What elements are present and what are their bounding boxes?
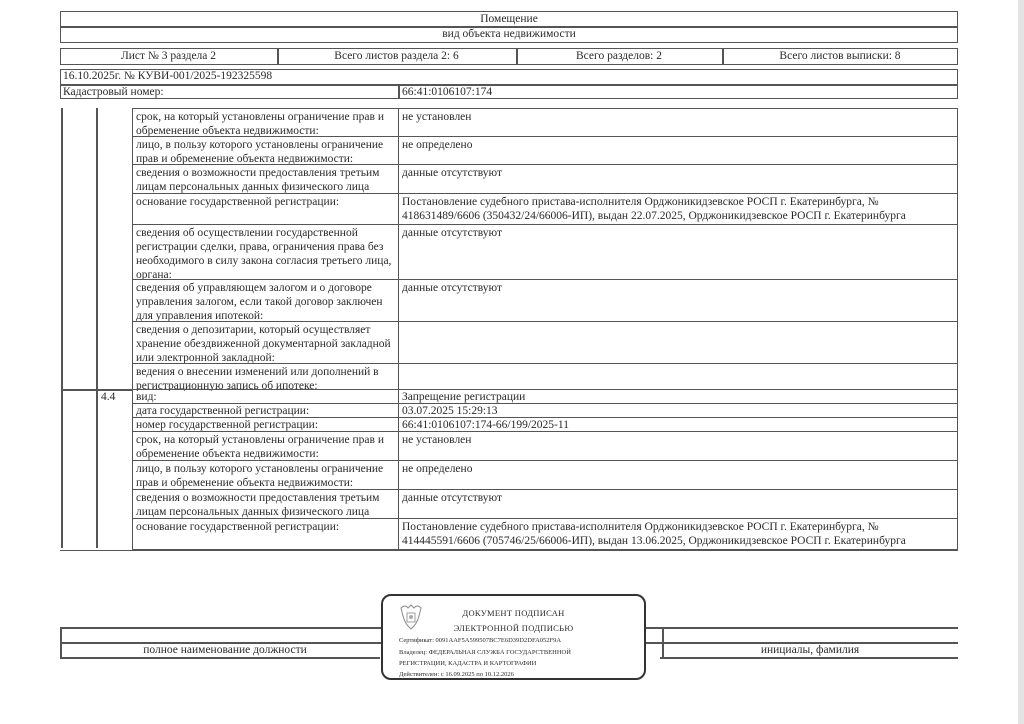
divider <box>60 84 958 86</box>
row-label: сведения об управляющем залогом и о дого… <box>132 279 398 321</box>
cadastral-label: Кадастровый номер: <box>63 86 164 99</box>
row-value: данные отсутствуют <box>398 279 958 321</box>
name-caption: инициалы, фамилия <box>662 644 958 657</box>
position-caption: полное наименование должности <box>60 644 390 657</box>
object-type-caption: вид объекта недвижимости <box>60 28 958 41</box>
row-label: сведения о возможности предоставления тр… <box>132 489 398 518</box>
stamp-title-2: ЭЛЕКТРОННОЙ ПОДПИСЬЮ <box>383 623 644 633</box>
row-label: срок, на который установлены ограничение… <box>132 431 398 460</box>
row-label: вид: <box>132 389 398 403</box>
table-row: дата государственной регистрации: 03.07.… <box>60 403 958 417</box>
row-label: основание государственной регистрации: <box>132 193 398 224</box>
sheet-number: Лист № 3 раздела 2 <box>60 50 277 63</box>
row-value <box>398 363 958 391</box>
table-row: срок, на который установлены ограничение… <box>60 431 958 460</box>
table-row: срок, на который установлены ограничение… <box>60 108 958 136</box>
row-label: основание государственной регистрации: <box>132 518 398 550</box>
table-row: основание государственной регистрации: П… <box>60 193 958 224</box>
row-value: данные отсутствуют <box>398 224 958 279</box>
signature-line <box>660 657 958 659</box>
cadastral-value: 66:41:0106107:174 <box>402 86 492 99</box>
table-row: сведения о возможности предоставления тр… <box>60 164 958 193</box>
row-value: не установлен <box>398 431 958 460</box>
row-label: сведения о возможности предоставления тр… <box>132 164 398 193</box>
table-row: сведения об осуществлении государственно… <box>60 224 958 279</box>
stamp-validity: Действителен: с 16.09.2025 по 10.12.2026 <box>399 671 514 678</box>
total-sections: Всего разделов: 2 <box>516 50 722 63</box>
doc-number: 16.10.2025г. № КУВИ-001/2025-192325598 <box>63 70 272 83</box>
row-value: Постановление судебного пристава-исполни… <box>398 518 958 550</box>
row-value: не определено <box>398 460 958 489</box>
total-sheets-section: Всего листов раздела 2: 6 <box>277 50 516 63</box>
object-type: Помещение <box>60 13 958 26</box>
row-label: лицо, в пользу которого установлены огра… <box>132 136 398 164</box>
row-label: номер государственной регистрации: <box>132 417 398 431</box>
stamp-owner-1: Владелец: ФЕДЕРАЛЬНАЯ СЛУЖБА ГОСУДАРСТВЕ… <box>399 649 571 656</box>
row-label: дата государственной регистрации: <box>132 403 398 417</box>
row-label: лицо, в пользу которого установлены огра… <box>132 460 398 489</box>
row-value: Постановление судебного пристава-исполни… <box>398 193 958 224</box>
row-value: не определено <box>398 136 958 164</box>
stamp-certificate: Сертификат: 0091AAF5A599507BC7E6D39D2DFA… <box>399 637 561 644</box>
table-row: лицо, в пользу которого установлены огра… <box>60 460 958 489</box>
row-value: данные отсутствуют <box>398 489 958 518</box>
table-row: ведения о внесении изменений или дополне… <box>60 363 958 391</box>
row-value: 03.07.2025 15:29:13 <box>398 403 958 417</box>
e-signature-stamp: ДОКУМЕНТ ПОДПИСАН ЭЛЕКТРОННОЙ ПОДПИСЬЮ С… <box>381 594 646 680</box>
table-row: сведения об управляющем залогом и о дого… <box>60 279 958 321</box>
total-sheets-extract: Всего листов выписки: 8 <box>722 50 958 63</box>
page-edge <box>1018 0 1024 724</box>
signature-line <box>60 657 380 659</box>
row-value: Запрещение регистрации <box>398 389 958 403</box>
table-row: номер государственной регистрации: 66:41… <box>60 417 958 431</box>
row-value: 66:41:0106107:174-66/199/2025-11 <box>398 417 958 431</box>
table-row: сведения о возможности предоставления тр… <box>60 489 958 518</box>
row-label: ведения о внесении изменений или дополне… <box>132 363 398 391</box>
row-value: не установлен <box>398 108 958 136</box>
stamp-owner-2: РЕГИСТРАЦИИ, КАДАСТРА И КАРТОГРАФИИ <box>399 660 536 667</box>
row-label: срок, на который установлены ограничение… <box>132 108 398 136</box>
row-value <box>398 321 958 363</box>
table-row: основание государственной регистрации: П… <box>60 518 958 551</box>
stamp-title-1: ДОКУМЕНТ ПОДПИСАН <box>383 608 644 618</box>
divider <box>398 84 400 99</box>
table-row: вид: Запрещение регистрации <box>60 389 958 403</box>
row-value: данные отсутствуют <box>398 164 958 193</box>
row-label: сведения об осуществлении государственно… <box>132 224 398 279</box>
table-row: лицо, в пользу которого установлены огра… <box>60 136 958 164</box>
row-label: сведения о депозитарии, который осуществ… <box>132 321 398 363</box>
table-row: сведения о депозитарии, который осуществ… <box>60 321 958 363</box>
